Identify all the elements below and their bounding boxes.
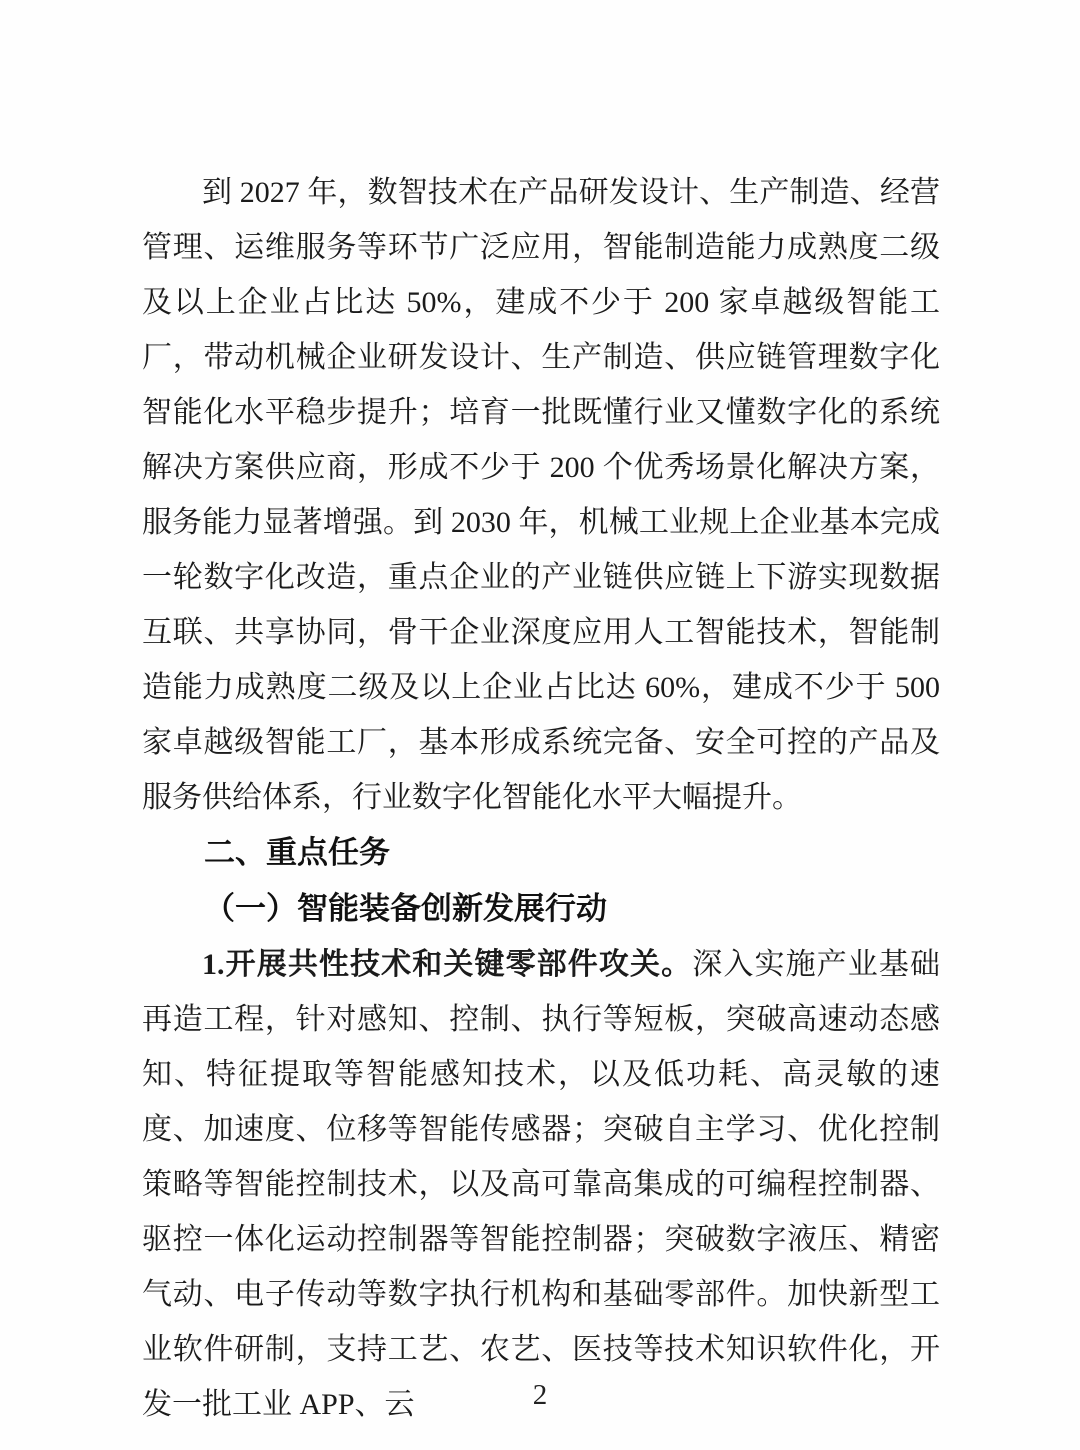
paragraph-body-text: 深入实施产业基础再造工程，针对感知、控制、执行等短板，突破高速动态感知、特征提取… xyxy=(142,948,940,1421)
section-heading-key-tasks: 二、重点任务 xyxy=(142,825,940,881)
paragraph-bold-lead: 1.开展共性技术和关键零部件攻关。 xyxy=(202,948,692,981)
subsection-heading-smart-equipment: （一）智能装备创新发展行动 xyxy=(142,881,940,937)
document-body: 到 2027 年，数智技术在产品研发设计、生产制造、经营管理、运维服务等环节广泛… xyxy=(142,0,940,1432)
body-paragraph-goals: 到 2027 年，数智技术在产品研发设计、生产制造、经营管理、运维服务等环节广泛… xyxy=(142,165,940,825)
body-paragraph-task1: 1.开展共性技术和关键零部件攻关。深入实施产业基础再造工程，针对感知、控制、执行… xyxy=(142,937,940,1432)
document-page: 到 2027 年，数智技术在产品研发设计、生产制造、经营管理、运维服务等环节广泛… xyxy=(0,0,1080,1450)
page-number: 2 xyxy=(0,1378,1080,1412)
